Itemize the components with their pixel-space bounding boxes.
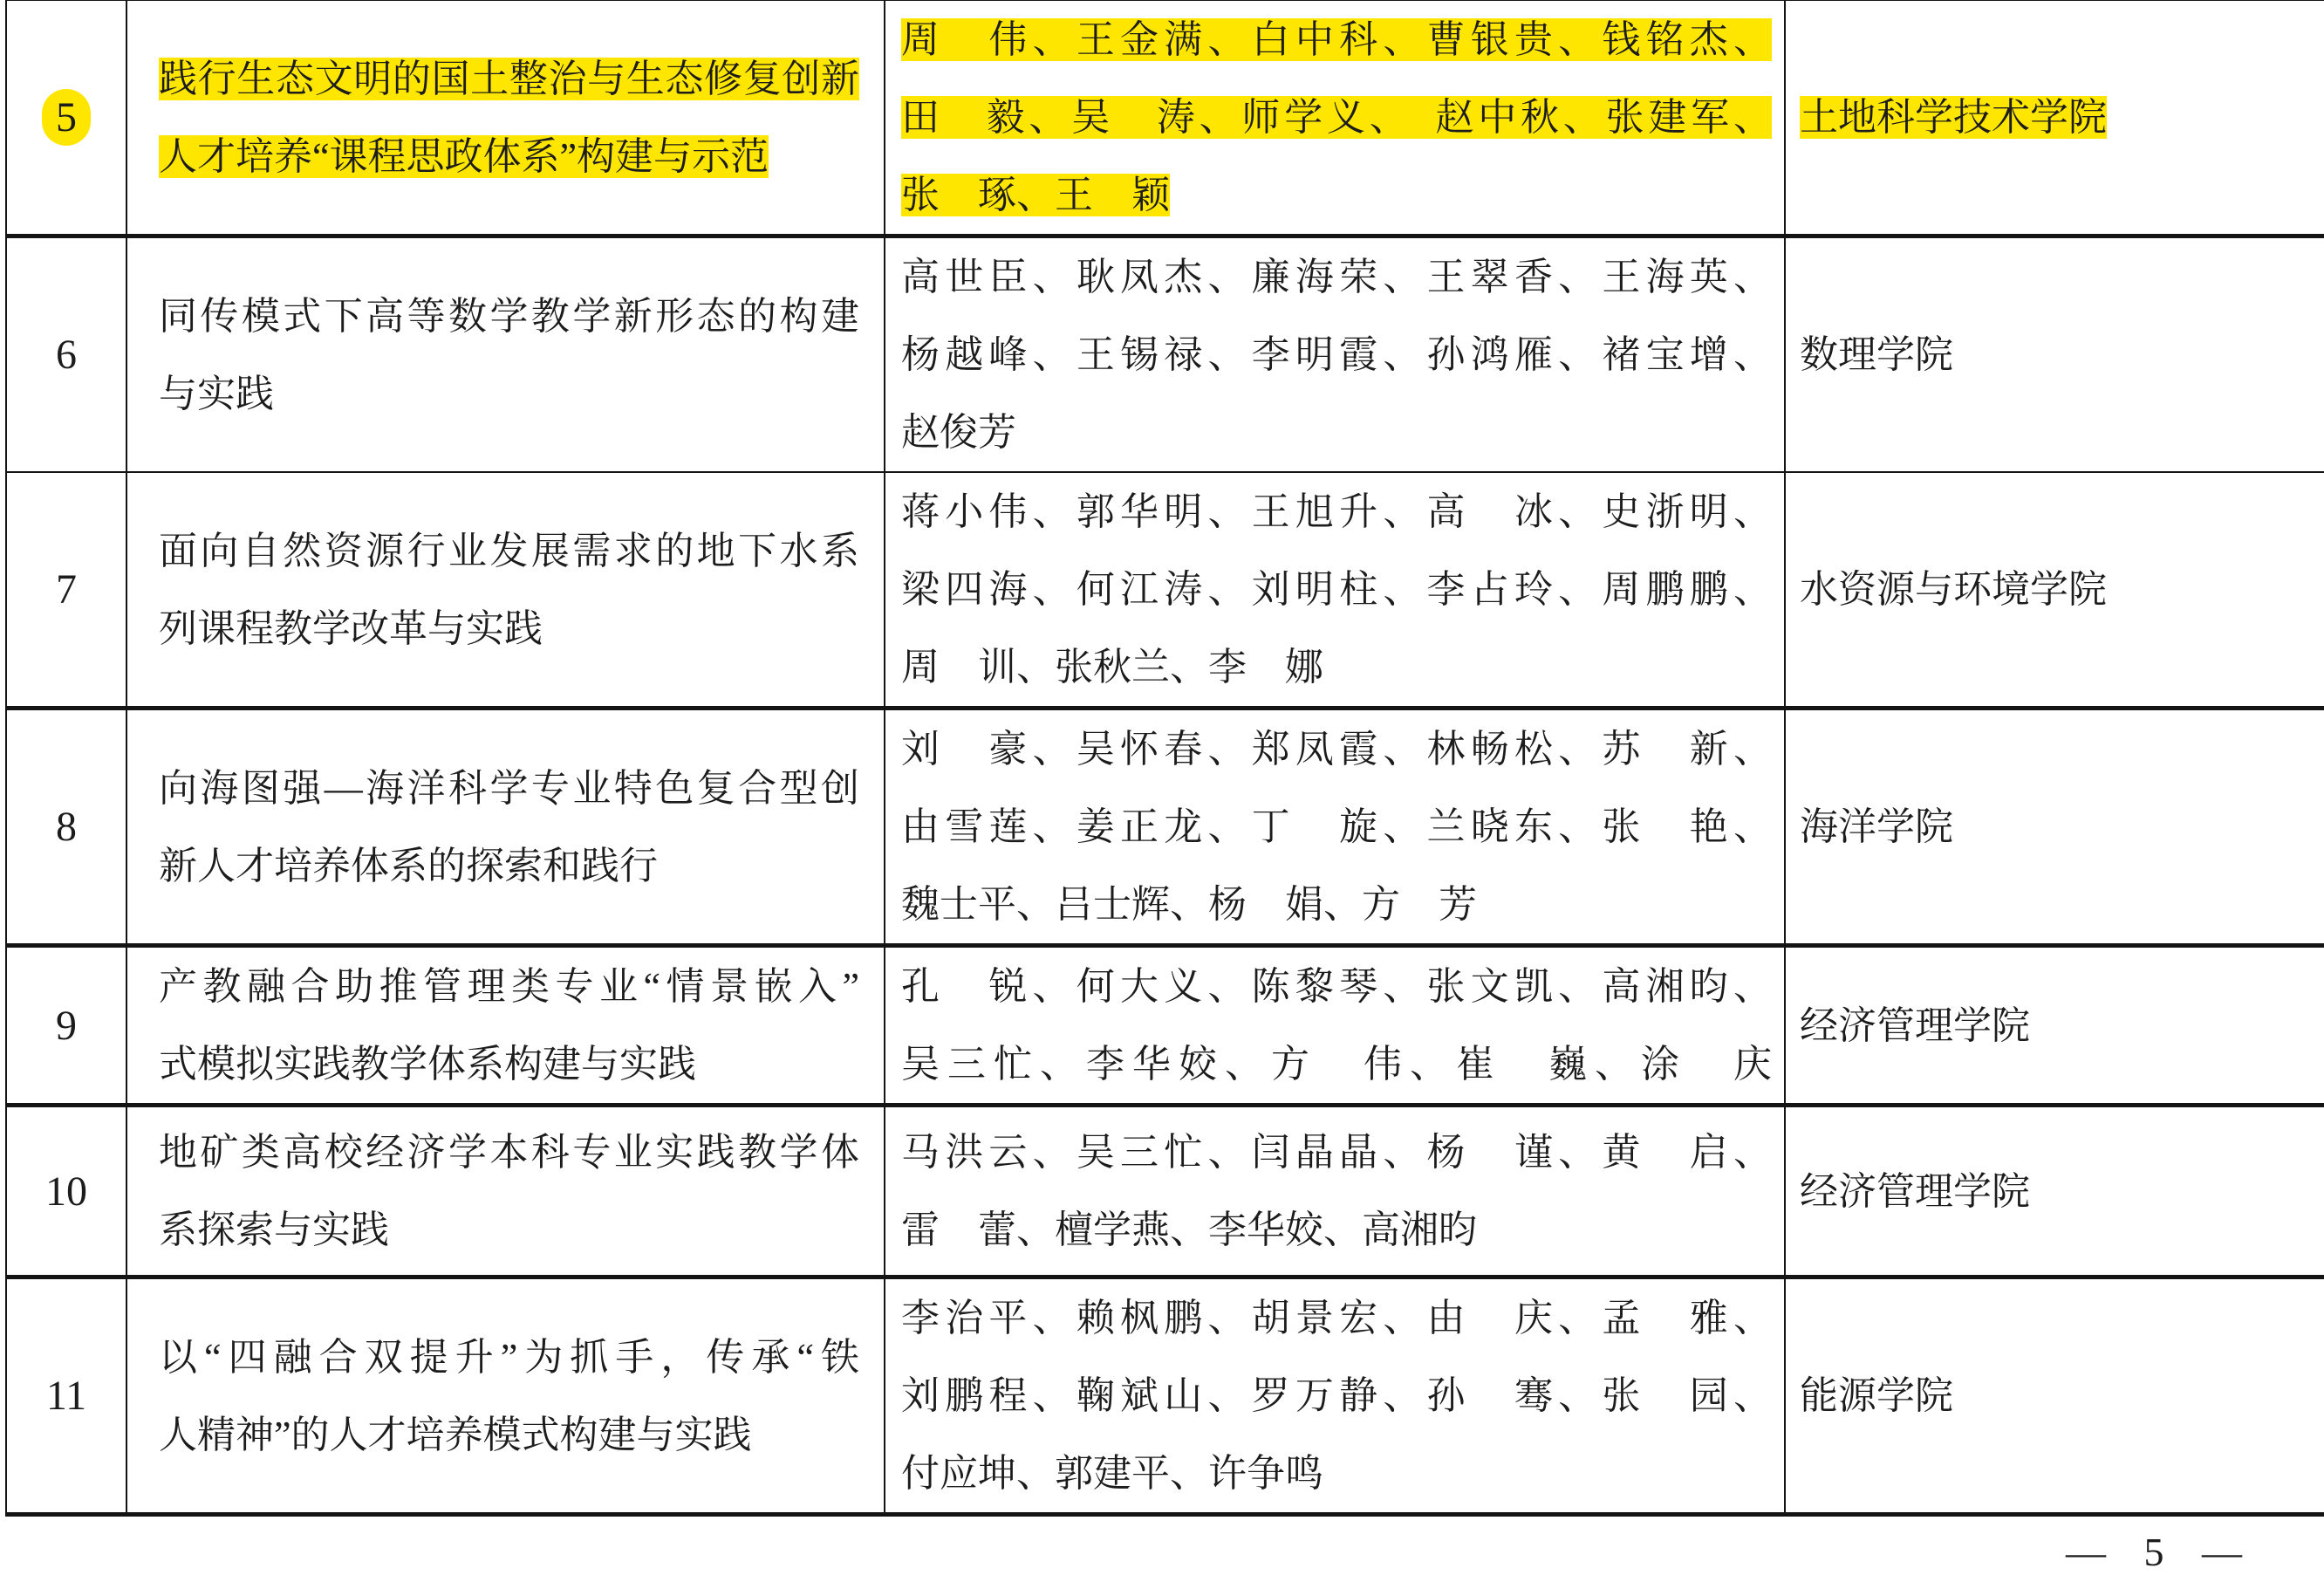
- row-number: 8: [56, 804, 77, 850]
- members-cell: 孔 锐、何大义、陈黎琴、张文凯、高湘昀、 吴三忙、李华姣、方 伟、崔 巍、涂 庆: [885, 946, 1785, 1106]
- table-row-5: 5 践行生态文明的国土整治与生态修复创新 人才培养“课程思政体系”构建与示范 周…: [6, 0, 2324, 236]
- table-row-8: 8 向海图强—海洋科学专业特色复合型创 新人才培养体系的探索和践行 刘 豪、吴怀…: [6, 709, 2324, 946]
- members-line: 杨越峰、王锡禄、李明霞、孙鸿雁、褚宝增、: [901, 316, 1772, 394]
- college-name: 数理学院: [1800, 316, 2324, 394]
- members-line: 雷 蕾、檀学燕、李华姣、高湘昀: [901, 1191, 1772, 1269]
- row-number-cell: 8: [6, 709, 126, 946]
- college-cell: 经济管理学院: [1785, 1106, 2324, 1277]
- row-number: 11: [46, 1373, 86, 1419]
- row-number: 6: [56, 332, 77, 378]
- members-line: 由雪莲、姜正龙、丁 旋、兰晓东、张 艳、: [901, 788, 1772, 866]
- project-title-line: 人精神”的人才培养模式构建与实践: [159, 1396, 859, 1474]
- members-line: 梁四海、何江涛、刘明柱、李占玲、周鹏鹏、: [901, 551, 1772, 628]
- college-cell: 水资源与环境学院: [1785, 472, 2324, 709]
- project-title-cell: 地矿类高校经济学本科专业实践教学体 系探索与实践: [126, 1106, 885, 1277]
- row-number: 7: [56, 566, 77, 613]
- members-cell: 刘 豪、吴怀春、郑凤霞、林畅松、苏 新、 由雪莲、姜正龙、丁 旋、兰晓东、张 艳…: [885, 709, 1785, 946]
- members-cell: 周 伟、王金满、白中科、曹银贵、钱铭杰、 田 毅、吴 涛、师学义、 赵中秋、张建…: [885, 0, 1785, 236]
- project-title-line: 同传模式下高等数学教学新形态的构建: [159, 277, 859, 355]
- project-title-line: 产教融合助推管理类专业“情景嵌入”: [159, 948, 859, 1025]
- project-title-line: 践行生态文明的国土整治与生态修复创新: [159, 58, 859, 100]
- college-name: 水资源与环境学院: [1800, 551, 2324, 628]
- members-line: 吴三忙、李华姣、方 伟、崔 巍、涂 庆: [901, 1025, 1772, 1103]
- projects-table: 5 践行生态文明的国土整治与生态修复创新 人才培养“课程思政体系”构建与示范 周…: [5, 0, 2324, 1517]
- members-line: 高世臣、耿凤杰、廉海荣、王翠香、王海英、: [901, 238, 1772, 316]
- college-cell: 海洋学院: [1785, 709, 2324, 946]
- members-line: 赵俊芳: [901, 394, 1772, 471]
- members-line: 付应坤、郭建平、许争鸣: [901, 1435, 1772, 1512]
- table-row-6: 6 同传模式下高等数学教学新形态的构建 与实践 高世臣、耿凤杰、廉海荣、王翠香、…: [6, 236, 2324, 473]
- row-number: 10: [45, 1168, 87, 1215]
- members-cell: 高世臣、耿凤杰、廉海荣、王翠香、王海英、 杨越峰、王锡禄、李明霞、孙鸿雁、褚宝增…: [885, 236, 1785, 473]
- college-cell: 经济管理学院: [1785, 946, 2324, 1106]
- college-cell: 土地科学技术学院: [1785, 0, 2324, 236]
- table-row-9: 9 产教融合助推管理类专业“情景嵌入” 式模拟实践教学体系构建与实践 孔 锐、何…: [6, 946, 2324, 1106]
- page-number: — 5 —: [2066, 1529, 2256, 1575]
- project-title-line: 与实践: [159, 355, 859, 433]
- college-name: 能源学院: [1800, 1357, 2324, 1435]
- project-title-line: 面向自然资源行业发展需求的地下水系: [159, 512, 859, 590]
- members-line: 田 毅、吴 涛、师学义、 赵中秋、张建军、: [901, 96, 1772, 139]
- project-title-cell: 面向自然资源行业发展需求的地下水系 列课程教学改革与实践: [126, 472, 885, 709]
- members-line: 李治平、赖枫鹏、胡景宏、由 庆、孟 雅、: [901, 1279, 1772, 1357]
- project-title-line: 地矿类高校经济学本科专业实践教学体: [159, 1113, 859, 1191]
- project-title-line: 新人才培养体系的探索和践行: [159, 827, 859, 905]
- table-row-7: 7 面向自然资源行业发展需求的地下水系 列课程教学改革与实践 蒋小伟、郭华明、王…: [6, 472, 2324, 709]
- row-number-cell: 7: [6, 472, 126, 709]
- project-title-line: 列课程教学改革与实践: [159, 590, 859, 668]
- college-name: 经济管理学院: [1800, 1153, 2324, 1230]
- row-number: 5: [42, 89, 91, 146]
- table-row-10: 10 地矿类高校经济学本科专业实践教学体 系探索与实践 马洪云、吴三忙、闫晶晶、…: [6, 1106, 2324, 1277]
- members-line: 孔 锐、何大义、陈黎琴、张文凯、高湘昀、: [901, 948, 1772, 1025]
- row-number-cell: 6: [6, 236, 126, 473]
- project-title-line: 以“四融合双提升”为抓手，传承“铁: [159, 1318, 859, 1396]
- members-line: 刘 豪、吴怀春、郑凤霞、林畅松、苏 新、: [901, 710, 1772, 788]
- project-title-cell: 以“四融合双提升”为抓手，传承“铁 人精神”的人才培养模式构建与实践: [126, 1277, 885, 1515]
- row-number-cell: 11: [6, 1277, 126, 1515]
- project-title-cell: 践行生态文明的国土整治与生态修复创新 人才培养“课程思政体系”构建与示范: [126, 0, 885, 236]
- members-line: 周 伟、王金满、白中科、曹银贵、钱铭杰、: [901, 18, 1772, 61]
- project-title-line: 式模拟实践教学体系构建与实践: [159, 1025, 859, 1103]
- row-number: 9: [56, 1003, 77, 1049]
- project-title-line: 系探索与实践: [159, 1191, 859, 1269]
- project-title-line: 向海图强—海洋科学专业特色复合型创: [159, 750, 859, 827]
- college-cell: 数理学院: [1785, 236, 2324, 473]
- members-cell: 蒋小伟、郭华明、王旭升、高 冰、史浙明、 梁四海、何江涛、刘明柱、李占玲、周鹏鹏…: [885, 472, 1785, 709]
- row-number-cell: 5: [6, 0, 126, 236]
- college-name: 海洋学院: [1800, 788, 2324, 866]
- project-title-cell: 向海图强—海洋科学专业特色复合型创 新人才培养体系的探索和践行: [126, 709, 885, 946]
- row-number-cell: 9: [6, 946, 126, 1106]
- table-row-11: 11 以“四融合双提升”为抓手，传承“铁 人精神”的人才培养模式构建与实践 李治…: [6, 1277, 2324, 1515]
- members-line: 魏士平、吕士辉、杨 娟、方 芳: [901, 866, 1772, 943]
- members-line: 周 训、张秋兰、李 娜: [901, 628, 1772, 706]
- members-cell: 李治平、赖枫鹏、胡景宏、由 庆、孟 雅、 刘鹏程、鞠斌山、罗万静、孙 骞、张 园…: [885, 1277, 1785, 1515]
- project-title-cell: 同传模式下高等数学教学新形态的构建 与实践: [126, 236, 885, 473]
- college-name: 经济管理学院: [1800, 987, 2324, 1065]
- members-cell: 马洪云、吴三忙、闫晶晶、杨 谨、黄 启、 雷 蕾、檀学燕、李华姣、高湘昀: [885, 1106, 1785, 1277]
- members-line: 马洪云、吴三忙、闫晶晶、杨 谨、黄 启、: [901, 1113, 1772, 1191]
- college-cell: 能源学院: [1785, 1277, 2324, 1515]
- row-number-cell: 10: [6, 1106, 126, 1277]
- members-line: 张 琢、王 颖: [901, 174, 1170, 216]
- document-page: 5 践行生态文明的国土整治与生态修复创新 人才培养“课程思政体系”构建与示范 周…: [0, 0, 2324, 1589]
- project-title-line: 人才培养“课程思政体系”构建与示范: [159, 135, 769, 178]
- members-line: 刘鹏程、鞠斌山、罗万静、孙 骞、张 园、: [901, 1357, 1772, 1435]
- college-name: 土地科学技术学院: [1800, 96, 2107, 139]
- members-line: 蒋小伟、郭华明、王旭升、高 冰、史浙明、: [901, 473, 1772, 551]
- project-title-cell: 产教融合助推管理类专业“情景嵌入” 式模拟实践教学体系构建与实践: [126, 946, 885, 1106]
